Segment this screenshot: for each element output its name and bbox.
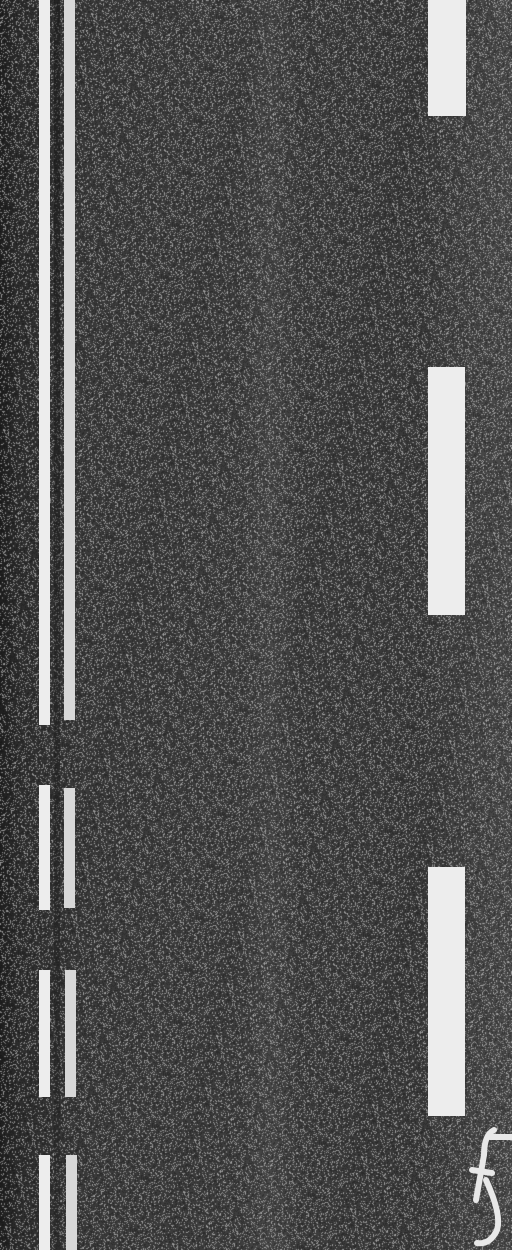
left-dash <box>39 970 50 1097</box>
left-dash <box>66 1155 77 1250</box>
left-dash <box>39 785 50 910</box>
lane-dash <box>428 867 465 1116</box>
left-line-outer <box>64 0 75 720</box>
left-line-inner <box>39 0 50 725</box>
left-dash <box>65 970 76 1097</box>
pavement-crack <box>54 0 60 1250</box>
left-dash <box>64 788 75 908</box>
left-dash <box>39 1155 50 1250</box>
bicycle-icon <box>462 1125 512 1250</box>
road-surface <box>0 0 512 1250</box>
lane-dash <box>428 0 466 116</box>
lane-dash <box>428 367 465 615</box>
